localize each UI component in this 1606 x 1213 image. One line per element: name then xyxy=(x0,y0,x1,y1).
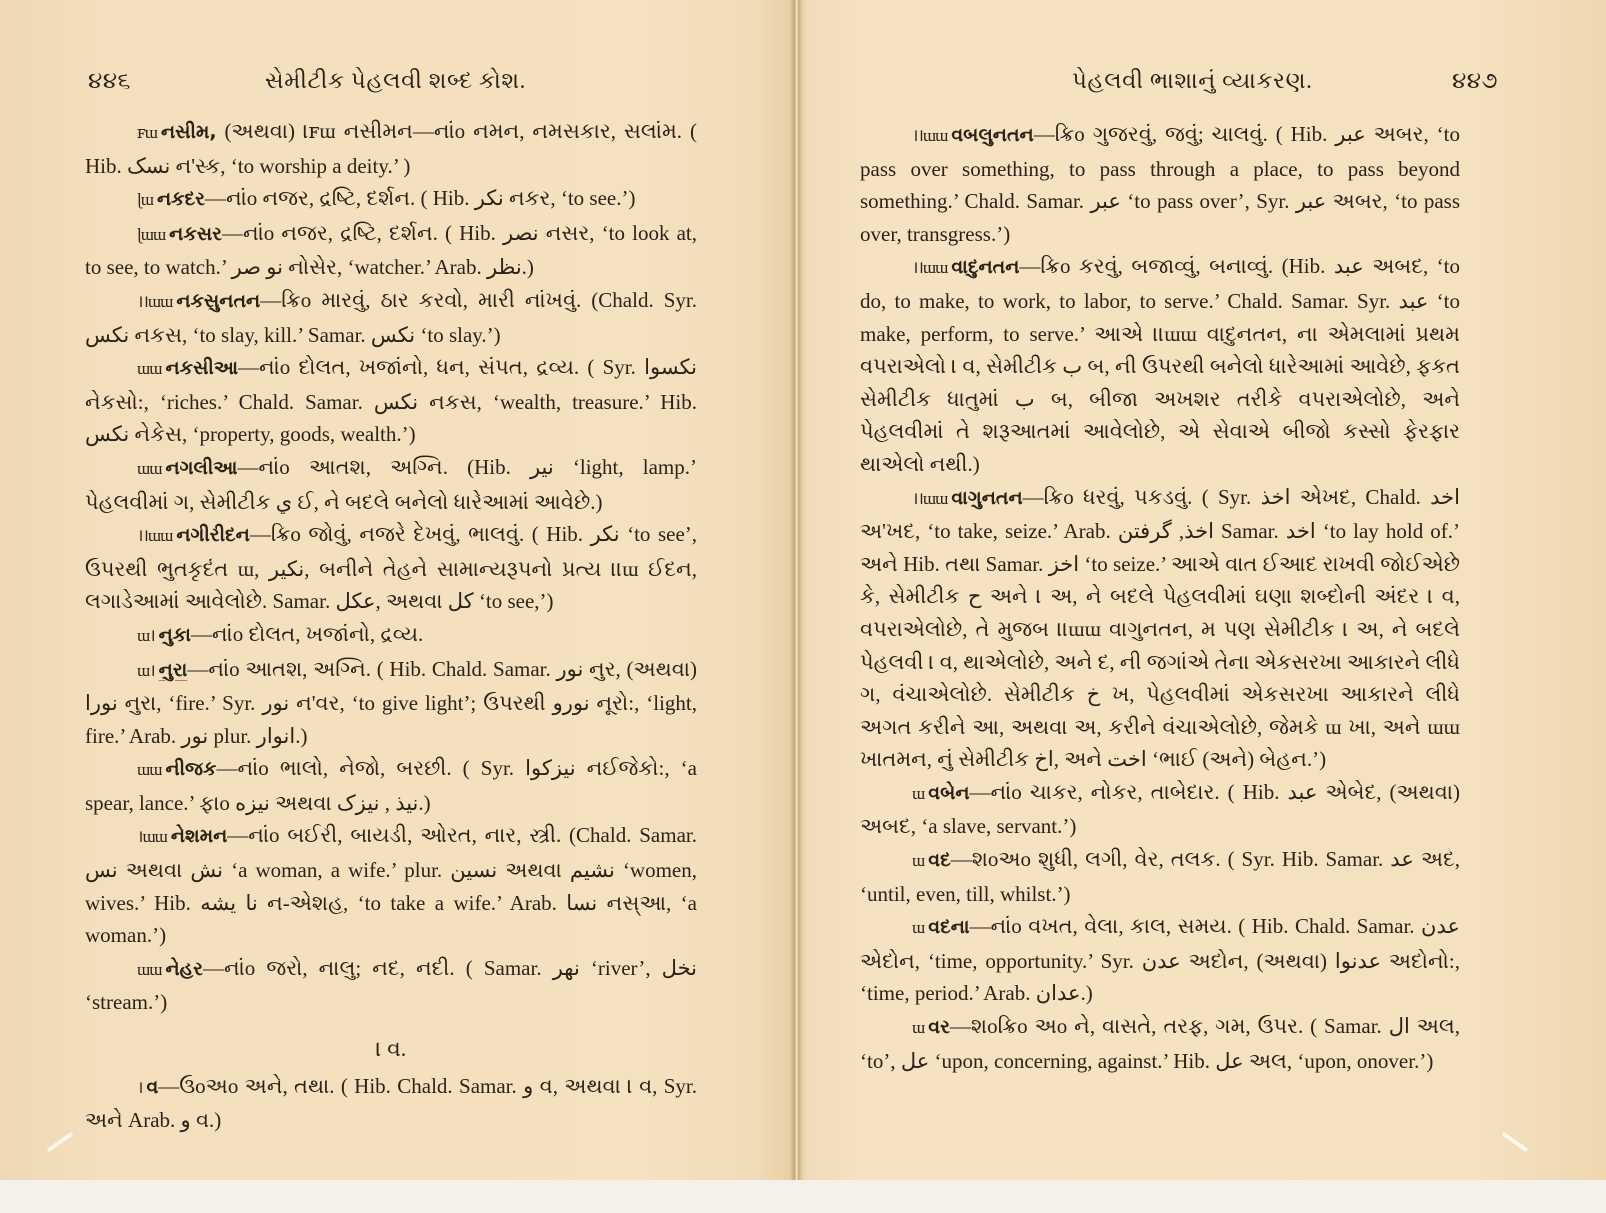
definition: —ક્રિo કરવું, બજાવ્વું, બનાવ્વું. (Hib. … xyxy=(860,254,1460,476)
dictionary-entry: ɯવર—શoક્રિo અo ને, વાસતે, તરફ, ગમ, ઉપર. … xyxy=(860,1010,1460,1077)
definition: —ક્રિo ગુજરવું, જવું; ચાલવું. ( Hib. عبر… xyxy=(860,122,1460,246)
book-gutter xyxy=(790,0,802,1180)
page-number: ૪૪૭ xyxy=(1452,68,1498,94)
dictionary-entry: ।વ—ઉoઅo અને, તથા. ( Hib. Chald. Samar. و… xyxy=(85,1070,697,1137)
headword: વર xyxy=(928,1016,950,1038)
dictionary-entry: ।।ɯɯવબલુનતન—ક્રિo ગુજરવું, જવું; ચાલવું.… xyxy=(860,118,1460,250)
right-page: પેહલવી ભાશાનું વ્યાકરણ. ૪૪૭ ।।ɯɯવબલુનતન—… xyxy=(802,0,1606,1180)
pahlavi-script-glyph: ।।ɯɯ xyxy=(137,526,172,545)
headword: નગીરીદન xyxy=(176,524,250,546)
headword: નુરા xyxy=(159,659,188,681)
headword: વાગુનતન xyxy=(951,487,1022,509)
pahlavi-script-glyph: ꜰɯ xyxy=(137,123,157,142)
dictionary-entry: ।।ɯɯવાદુનતન—ક્રિo કરવું, બજાવ્વું, બનાવ્… xyxy=(860,250,1460,480)
headword: વબલુનતન xyxy=(951,124,1033,146)
headword: વદના xyxy=(928,916,969,938)
pahlavi-script-glyph: ।।ɯɯ xyxy=(912,126,947,145)
dictionary-entry: ɯɯનીજક—નાંo ભાલો, નેજો, બરછી. ( Syr. نیز… xyxy=(85,752,697,819)
pahlavi-script-glyph: ɯɯ xyxy=(137,960,161,979)
left-page-body: ꜰɯનસીમ, (અથવા) ।ꜰɯ નસીમન—નાંo નમન, નમસકા… xyxy=(85,115,697,1137)
headword: નેશમન xyxy=(171,825,227,847)
pahlavi-script-glyph: ɯ। xyxy=(137,661,155,680)
headword: નગલીઆ xyxy=(165,457,237,479)
dictionary-entry: ɭɯɯનકસર—નાંo નજર, દ્રષ્ટિ, દર્શન. ( Hib.… xyxy=(85,217,697,284)
section-heading: । વ. xyxy=(85,1033,697,1066)
headword: નકદર xyxy=(157,188,205,210)
dictionary-entries: ।।ɯɯવબલુનતન—ક્રિo ગુજરવું, જવું; ચાલવું.… xyxy=(860,118,1460,1077)
definition: —ઉoઅo અને, તથા. ( Hib. Chald. Samar. و વ… xyxy=(85,1074,697,1133)
dictionary-entry: ɯવદ—શoઅo શુધી, લગી, વેર, તલક. ( Syr. Hib… xyxy=(860,843,1460,910)
pahlavi-script-glyph: ɯ xyxy=(912,1018,924,1037)
headword: નકસર xyxy=(169,223,222,245)
definition: —નાંo દોલત, ખજાંનો, દ્રવ્ય. xyxy=(191,622,423,646)
dictionary-entry: ।।ɯɯનકસુનતન—ક્રિo મારવું, ઠાર કરવો, મારી… xyxy=(85,284,697,351)
left-page: ૪૪૬ સેમીટીક પેહલવી શબ્દ કોશ. ꜰɯનસીમ, (અથ… xyxy=(0,0,790,1180)
page-number: ૪૪૬ xyxy=(88,68,131,94)
book-spread: ૪૪૬ સેમીટીક પેહલવી શબ્દ કોશ. ꜰɯનસીમ, (અથ… xyxy=(0,0,1606,1180)
pahlavi-script-glyph: ɯ xyxy=(912,851,924,870)
dictionary-entry: ꜰɯનસીમ, (અથવા) ।ꜰɯ નસીમન—નાંo નમન, નમસકા… xyxy=(85,115,697,182)
pahlavi-script-glyph: ɯ xyxy=(912,918,924,937)
pahlavi-script-glyph: ɯɯ xyxy=(137,359,161,378)
definition: —ક્રિo ધરવું, પકડવું. ( Syr. اخذ એખદ, Ch… xyxy=(860,485,1460,772)
headword: વાદુનતન xyxy=(951,256,1019,278)
headword: નકસીઆ xyxy=(165,357,238,379)
headword: નસીમ, xyxy=(161,121,217,143)
pahlavi-script-glyph: ɯ। xyxy=(137,626,155,645)
definition: —શoક્રિo અo ને, વાસતે, તરફ, ગમ, ઉપર. ( S… xyxy=(860,1014,1460,1073)
dictionary-entry: ।।ɯɯનગીરીદન—ક્રિo જોવું, નજરે દેખવું, ભા… xyxy=(85,518,697,618)
pahlavi-script-glyph: ɭɯɯ xyxy=(137,225,165,244)
headword: નુકા xyxy=(159,624,191,646)
pahlavi-script-glyph: ɯɯ xyxy=(137,459,161,478)
section-entries: ।વ—ઉoઅo અને, તથા. ( Hib. Chald. Samar. و… xyxy=(85,1070,697,1137)
dictionary-entry: ।।ɯɯવાગુનતન—ક્રિo ધરવું, પકડવું. ( Syr. … xyxy=(860,481,1460,776)
running-title: સેમીટીક પેહલવી શબ્દ કોશ. xyxy=(265,68,526,94)
pahlavi-script-glyph: ɯɯ xyxy=(137,760,161,779)
pahlavi-script-glyph: ।।ɯɯ xyxy=(912,258,947,277)
dictionary-entry: ɯ।નુકા—નાંo દોલત, ખજાંનો, દ્રવ્ય. xyxy=(85,618,697,653)
dictionary-entry: ɯɯનેહર—નાંo જરો, નાલુ; નદ, નદી. ( Samar.… xyxy=(85,952,697,1019)
dictionary-entries: ꜰɯનસીમ, (અથવા) ।ꜰɯ નસીમન—નાંo નમન, નમસકા… xyxy=(85,115,697,1019)
dictionary-entry: ।ɯɯનેશમન—નાંo બઈરી, બાયડી, ઓરત, નાર, સ્ત… xyxy=(85,819,697,951)
pahlavi-script-glyph: ।।ɯɯ xyxy=(137,292,172,311)
pahlavi-script-glyph: ।ɯɯ xyxy=(137,827,167,846)
dictionary-entry: ɯɯનકસીઆ—નાંo દોલત, ખજાંનો, ધન, સંપત, દ્ર… xyxy=(85,351,697,451)
headword: નેહર xyxy=(165,958,203,980)
dictionary-entry: ɭɯનકદર—નાંo નજર, દ્રષ્ટિ, દર્શન. ( Hib. … xyxy=(85,182,697,217)
definition: —શoઅo શુધી, લગી, વેર, તલક. ( Syr. Hib. S… xyxy=(860,847,1460,906)
dictionary-entry: ɯવબેન—નાંo ચાકર, નોકર, તાબેદાર. ( Hib. ع… xyxy=(860,776,1460,843)
headword: વ xyxy=(146,1076,158,1098)
dictionary-entry: ɯ।નુરા—નાંo આતશ, અગ્નિ. ( Hib. Chald. Sa… xyxy=(85,653,697,753)
pahlavi-script-glyph: । xyxy=(137,1078,142,1097)
pahlavi-script-glyph: ɭɯ xyxy=(137,190,153,209)
dictionary-entry: ɯવદના—નાંo વખત, વેલા, કાલ, સમય. ( Hib. C… xyxy=(860,910,1460,1010)
running-title: પેહલવી ભાશાનું વ્યાકરણ. xyxy=(1072,68,1312,94)
right-page-body: ।।ɯɯવબલુનતન—ક્રિo ગુજરવું, જવું; ચાલવું.… xyxy=(860,118,1460,1077)
pahlavi-script-glyph: ।।ɯɯ xyxy=(912,489,947,508)
headword: નકસુનતન xyxy=(176,290,260,312)
headword: વબેન xyxy=(928,782,969,804)
headword: વદ xyxy=(928,849,950,871)
definition: —નાંo નજર, દ્રષ્ટિ, દર્શન. ( Hib. نکر નક… xyxy=(205,186,636,210)
pahlavi-script-glyph: ɯ xyxy=(912,784,924,803)
dictionary-entry: ɯɯનગલીઆ—નાંo આતશ, અગ્નિ. (Hib. نیر ‘ligh… xyxy=(85,451,697,518)
headword: નીજક xyxy=(165,758,216,780)
